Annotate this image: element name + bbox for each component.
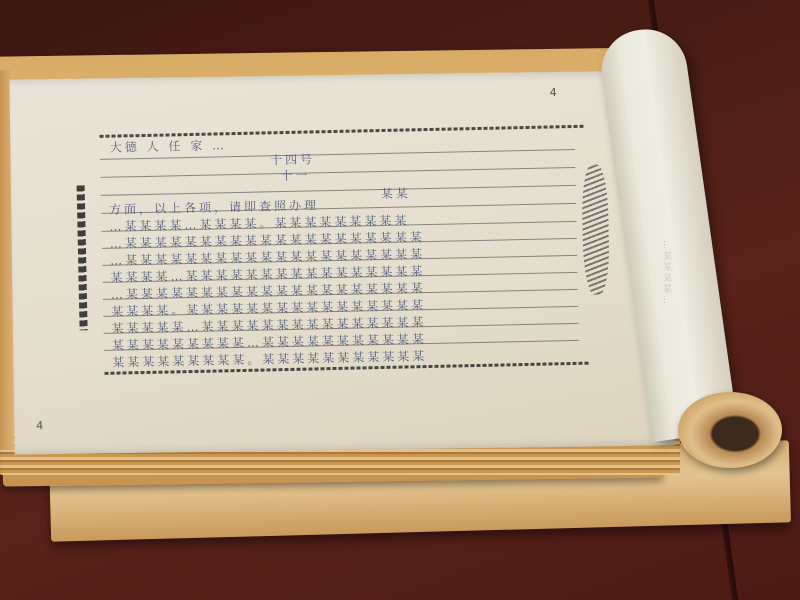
header-line-3: 十一: [280, 166, 310, 184]
form-border-left: [77, 185, 88, 330]
page-number-bottom: 4: [36, 419, 43, 432]
printed-form: 大德 人 任 家 … 十四号 十一 某某 方面，以上各项，请即查照办理 …某某某…: [80, 125, 590, 376]
scroll-faint-text: …某某某某…: [660, 240, 673, 306]
rule: [100, 167, 575, 178]
header-line-1: 大德 人 任 家 …: [110, 136, 228, 155]
scroll-roll-end: [678, 392, 782, 468]
page-number-top: 4: [550, 86, 557, 99]
